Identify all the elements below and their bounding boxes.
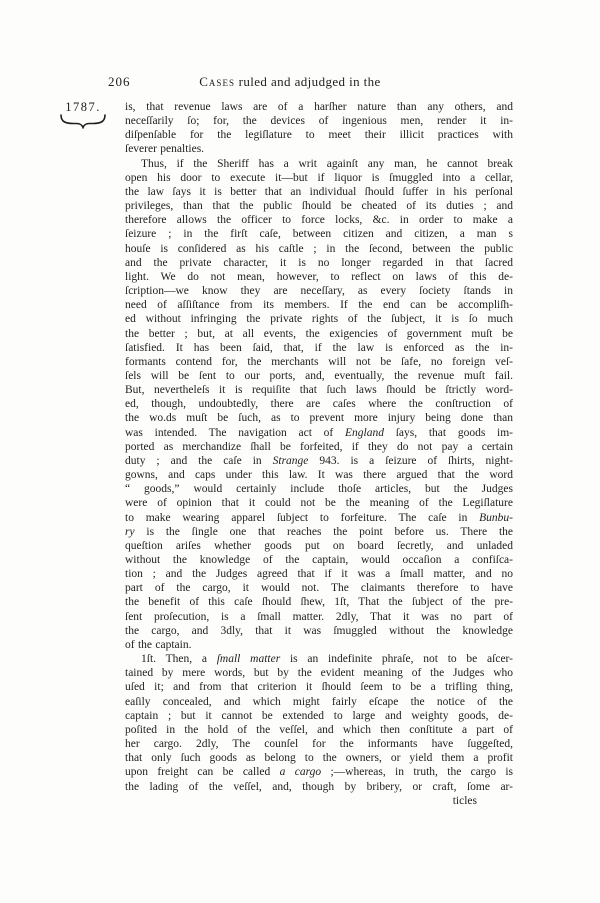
text-line: ſels will be ſent to our ports, and, eve… <box>125 369 513 383</box>
running-title-smallcaps: Cases <box>199 74 235 89</box>
roman-text: 1ſt. Then, a <box>141 653 217 665</box>
text-line: poſited in the hold of the veſſel, and w… <box>125 723 513 737</box>
text-line: was intended. The navigation act of Engl… <box>125 426 513 440</box>
text-line: ry is the ſingle one that reaches the po… <box>125 525 513 539</box>
italic-text: ry <box>125 526 135 538</box>
roman-text: diſpenſable for the legiſlature to meet … <box>125 129 513 141</box>
text-line: privileges, than that the public ſhould … <box>125 199 513 213</box>
roman-text: gowns, and caps under this law. It was t… <box>125 469 513 481</box>
text-line: that only ſuch goods as belong to the ow… <box>125 751 513 765</box>
paragraph: Thus, if the Sheriff has a writ againſt … <box>125 157 513 652</box>
roman-text: ed, though, undoubtedly, there are caſes… <box>125 398 513 410</box>
roman-text: poſited in the hold of the veſſel, and w… <box>125 724 513 736</box>
roman-text: “ goods,” would certainly include thoſe … <box>125 483 513 495</box>
roman-text: Thus, if the Sheriff has a writ againſt … <box>141 158 513 170</box>
text-line: eaſily concealed, and which might fairly… <box>125 695 513 709</box>
roman-text: and the private character, it is no long… <box>125 257 513 269</box>
text-line: the better ; but, at all events, the exi… <box>125 327 513 341</box>
page-header: 206 Cases ruled and adjudged in the <box>0 74 600 92</box>
text-line: ſcription—we know they are neceſſary, as… <box>125 284 513 298</box>
roman-text: ſcription—we know they are neceſſary, as… <box>125 285 513 297</box>
text-line: ed without infringing the private rights… <box>125 312 513 326</box>
roman-text: need of aſſiſtance from its members. If … <box>125 299 513 311</box>
roman-text: were of opinion that it could not be the… <box>125 497 513 509</box>
text-line: neceſſarily ſo; for, the devices of inge… <box>125 114 513 128</box>
text-line: But, nevertheleſs it is requiſite that ſ… <box>125 383 513 397</box>
text-line: the wo.ds muſt be ſuch, as to prevent mo… <box>125 411 513 425</box>
text-line: were of opinion that it could not be the… <box>125 496 513 510</box>
paragraph: 1ſt. Then, a ſmall matter is an indefini… <box>125 652 513 794</box>
roman-text: privileges, than that the public ſhould … <box>125 200 513 212</box>
text-line: ported as merchandize ſhall be forfeited… <box>125 440 513 454</box>
text-line: ſeizure ; in the firſt caſe, between cit… <box>125 227 513 241</box>
text-line: the cargo, and 3dly, that it was ſmuggle… <box>125 624 513 638</box>
text-line: queſtion ariſes whether goods put on boa… <box>125 539 513 553</box>
roman-text: ported as merchandize ſhall be forfeited… <box>125 441 513 453</box>
text-line: 1ſt. Then, a ſmall matter is an indefini… <box>125 652 513 666</box>
text-line: part of the cargo, it would not. The cla… <box>125 581 513 595</box>
text-line: need of aſſiſtance from its members. If … <box>125 298 513 312</box>
roman-text: queſtion ariſes whether goods put on boa… <box>125 540 513 552</box>
text-line: the benefit of this caſe ſhould ſhew, 1ſ… <box>125 595 513 609</box>
roman-text: formants contend for, the merchants will… <box>125 356 513 368</box>
text-line: light. We do not mean, however, to refle… <box>125 270 513 284</box>
roman-text: But, nevertheleſs it is requiſite that ſ… <box>125 384 513 396</box>
margin-date: 1787. <box>56 100 110 129</box>
text-line: gowns, and caps under this law. It was t… <box>125 468 513 482</box>
roman-text: to make wearing apparel ſubject to forfe… <box>125 512 479 524</box>
roman-text: ſels will be ſent to our ports, and, eve… <box>125 370 513 382</box>
text-line: ed, though, undoubtedly, there are caſes… <box>125 397 513 411</box>
roman-text: ſeizure ; in the firſt caſe, between cit… <box>125 228 513 240</box>
roman-text: houſe is conſidered as his caſtle ; in t… <box>125 243 513 255</box>
text-line: uſed it; and from that criterion it ſhou… <box>125 680 513 694</box>
roman-text: the wo.ds muſt be ſuch, as to prevent mo… <box>125 412 513 424</box>
body-text: is, that revenue laws are of a harſher n… <box>125 100 513 808</box>
text-line: therefore allows the officer to force lo… <box>125 213 513 227</box>
roman-text: the benefit of this caſe ſhould ſhew, 1ſ… <box>125 596 513 608</box>
roman-text: open his door to execute it—but if liquo… <box>125 172 513 184</box>
roman-text: the lading of the veſſel, and, though by… <box>125 781 513 793</box>
running-title: Cases ruled and adjudged in the <box>140 74 440 90</box>
italic-text: a cargo <box>280 766 322 778</box>
roman-text: ſatisfied. It has been ſaid, that, if th… <box>125 342 513 354</box>
text-line: ſent proſecution, is a ſmall matter. 2dl… <box>125 610 513 624</box>
roman-text: therefore allows the officer to force lo… <box>125 214 513 226</box>
text-line: the law ſays it is better that an indivi… <box>125 185 513 199</box>
roman-text: part of the cargo, it would not. The cla… <box>125 582 513 594</box>
text-line: upon freight can be called a cargo ;—whe… <box>125 765 513 779</box>
roman-text: of the captain. <box>125 639 191 651</box>
roman-text: 943. is a ſeizure of ſhirts, night- <box>308 455 513 467</box>
roman-text: ſeverer penalties. <box>125 143 204 155</box>
text-line: is, that revenue laws are of a harſher n… <box>125 100 513 114</box>
text-line: open his door to execute it—but if liquo… <box>125 171 513 185</box>
roman-text: without the knowledge of the captain, wo… <box>125 554 513 566</box>
roman-text: was intended. The navigation act of <box>125 427 345 439</box>
text-line: captain ; but it cannot be extended to l… <box>125 709 513 723</box>
text-line: tained by mere words, but by the evident… <box>125 666 513 680</box>
italic-text: England <box>345 427 384 439</box>
text-line: without the knowledge of the captain, wo… <box>125 553 513 567</box>
roman-text: her cargo. 2dly, The counſel for the inf… <box>125 738 513 750</box>
text-line: ſeverer penalties. <box>125 142 513 156</box>
roman-text: that only ſuch goods as belong to the ow… <box>125 752 513 764</box>
roman-text: upon freight can be called <box>125 766 280 778</box>
catchword: ticles <box>125 794 513 808</box>
roman-text: ;—whereas, in truth, the cargo is <box>321 766 513 778</box>
page-number: 206 <box>108 74 131 90</box>
text-line: the lading of the veſſel, and, though by… <box>125 780 513 794</box>
text-line: her cargo. 2dly, The counſel for the inf… <box>125 737 513 751</box>
roman-text: eaſily concealed, and which might fairly… <box>125 696 513 708</box>
roman-text: captain ; but it cannot be extended to l… <box>125 710 513 722</box>
roman-text: ed without infringing the private rights… <box>125 313 513 325</box>
book-page: 206 Cases ruled and adjudged in the 1787… <box>0 0 600 903</box>
paragraph: is, that revenue laws are of a harſher n… <box>125 100 513 157</box>
running-title-rest: ruled and adjudged in the <box>235 74 381 89</box>
text-line: and the private character, it is no long… <box>125 256 513 270</box>
roman-text: tained by mere words, but by the evident… <box>125 667 513 679</box>
roman-text: is an indefinite phraſe, not to be aſcer… <box>280 653 513 665</box>
text-line: ſatisfied. It has been ſaid, that, if th… <box>125 341 513 355</box>
underbrace-icon <box>59 114 107 129</box>
roman-text: the cargo, and 3dly, that it was ſmuggle… <box>125 625 513 637</box>
margin-year-label: 1787. <box>56 100 110 115</box>
roman-text: is the ſingle one that reaches the point… <box>135 526 513 538</box>
text-line: of the captain. <box>125 638 513 652</box>
text-line: tion ; and the Judges agreed that if it … <box>125 567 513 581</box>
text-line: houſe is conſidered as his caſtle ; in t… <box>125 242 513 256</box>
roman-text: uſed it; and from that criterion it ſhou… <box>125 681 513 693</box>
roman-text: the law ſays it is better that an indivi… <box>125 186 513 198</box>
italic-text: ſmall matter <box>217 653 280 665</box>
roman-text: light. We do not mean, however, to refle… <box>125 271 513 283</box>
roman-text: duty ; and the caſe in <box>125 455 273 467</box>
roman-text: ſays, that goods im- <box>384 427 513 439</box>
italic-text: Bunbu- <box>479 512 513 524</box>
text-line: “ goods,” would certainly include thoſe … <box>125 482 513 496</box>
text-line: diſpenſable for the legiſlature to meet … <box>125 128 513 142</box>
roman-text: neceſſarily ſo; for, the devices of inge… <box>125 115 513 127</box>
text-line: Thus, if the Sheriff has a writ againſt … <box>125 157 513 171</box>
text-line: to make wearing apparel ſubject to forfe… <box>125 511 513 525</box>
text-line: duty ; and the caſe in Strange 943. is a… <box>125 454 513 468</box>
text-line: formants contend for, the merchants will… <box>125 355 513 369</box>
roman-text: the better ; but, at all events, the exi… <box>125 328 513 340</box>
roman-text: ſent proſecution, is a ſmall matter. 2dl… <box>125 611 513 623</box>
roman-text: is, that revenue laws are of a harſher n… <box>125 101 513 113</box>
roman-text: tion ; and the Judges agreed that if it … <box>125 568 513 580</box>
italic-text: Strange <box>273 455 309 467</box>
